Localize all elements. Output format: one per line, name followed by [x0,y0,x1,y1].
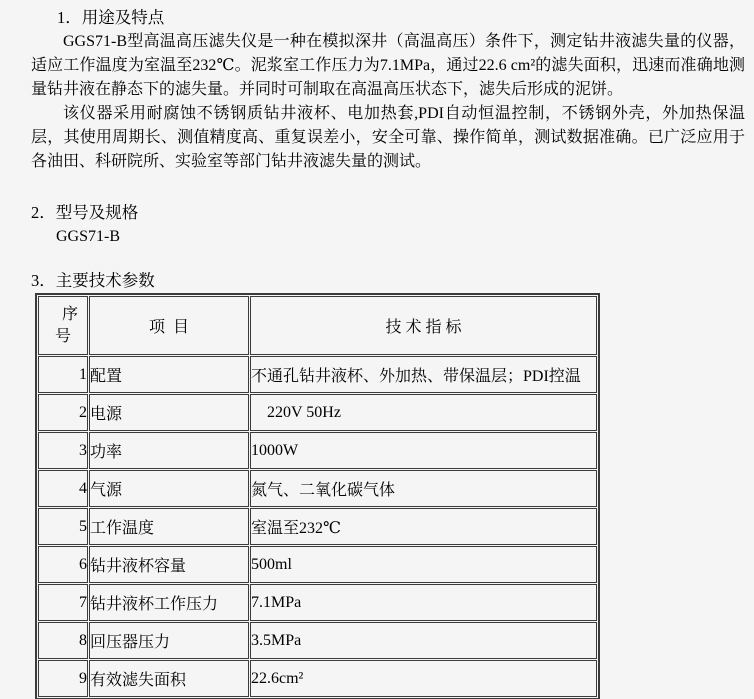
item-cell: 钻井液杯容量 [89,546,249,583]
item-cell: 钻井液杯工作压力 [89,584,249,621]
seq-cell: 1 [38,356,88,393]
section-2-heading: 2．型号及规格 [31,201,745,225]
item-cell: 电源 [89,394,249,431]
seq-cell: 8 [38,622,88,659]
spec-cell: 3.5MPa [250,622,597,659]
item-cell: 回压器压力 [89,622,249,659]
spec-cell: 7.1MPa [250,584,597,621]
table-row: 9 有效滤失面积 22.6cm² [38,660,597,697]
seq-cell: 7 [38,584,88,621]
table-row: 3 功率 1000W [38,432,597,469]
item-cell: 功率 [89,432,249,469]
seq-cell: 4 [38,470,88,507]
spec-cell: 不通孔钻井液杯、外加热、带保温层；PDI控温 [250,356,597,393]
table-header-row: 序 号 项 目 技 术 指 标 [38,296,597,355]
seq-cell: 5 [38,508,88,545]
seq-cell: 3 [38,432,88,469]
item-cell: 气源 [89,470,249,507]
spec-cell: 氮气、二氧化碳气体 [250,470,597,507]
item-cell: 工作温度 [89,508,249,545]
intro-paragraph-1: GGS71-B型高温高压滤失仪是一种在模拟深井（高温高压）条件下，测定钻井液滤失… [31,30,745,102]
table-row: 5 工作温度 室温至232℃ [38,508,597,545]
spec-cell: 1000W [250,432,597,469]
item-cell: 配置 [89,356,249,393]
table-row: 7 钻井液杯工作压力 7.1MPa [38,584,597,621]
table-row: 8 回压器压力 3.5MPa [38,622,597,659]
seq-cell: 9 [38,660,88,697]
document-page: 1．用途及特点 GGS71-B型高温高压滤失仪是一种在模拟深井（高温高压）条件下… [0,0,754,699]
spec-cell: 500ml [250,546,597,583]
specs-table: 序 号 项 目 技 术 指 标 1 配置 不通孔钻井液杯、外加热、带保温层；PD… [35,293,600,699]
intro-paragraph-2: 该仪器采用耐腐蚀不锈钢质钻井液杯、电加热套,PDI自动恒温控制，不锈钢外壳，外加… [31,102,745,174]
item-cell: 有效滤失面积 [89,660,249,697]
header-cell-spec: 技 术 指 标 [250,296,597,355]
header-cell-seq: 序 号 [38,296,88,355]
section-3-heading: 3．主要技术参数 [31,269,745,293]
spec-cell: 220V 50Hz [250,394,597,431]
header-cell-item: 项 目 [89,296,249,355]
spec-cell: 室温至232℃ [250,508,597,545]
table-row: 2 电源 220V 50Hz [38,394,597,431]
spec-cell: 22.6cm² [250,660,597,697]
table-row: 1 配置 不通孔钻井液杯、外加热、带保温层；PDI控温 [38,356,597,393]
seq-cell: 2 [38,394,88,431]
model-number: GGS71-B [31,225,745,249]
table-row: 4 气源 氮气、二氧化碳气体 [38,470,597,507]
table-row: 6 钻井液杯容量 500ml [38,546,597,583]
section-1-heading: 1．用途及特点 [31,6,745,30]
seq-cell: 6 [38,546,88,583]
